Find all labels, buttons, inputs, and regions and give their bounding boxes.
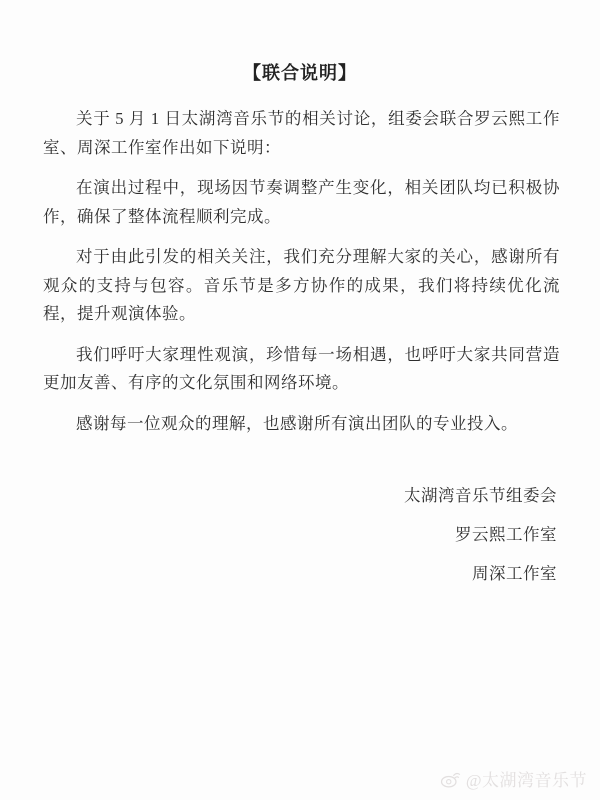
statement-body: 关于 5 月 1 日太湖湾音乐节的相关讨论，组委会联合罗云熙工作室、周深工作室作… <box>43 105 560 438</box>
signature-zhou-studio: 周深工作室 <box>43 554 557 593</box>
weibo-icon <box>440 770 462 788</box>
paragraph-appeal: 我们呼吁大家理性观演，珍惜每一场相遇，也呼吁大家共同营造更加友善、有序的文化氛围… <box>43 341 560 398</box>
paragraph-intro: 关于 5 月 1 日太湖湾音乐节的相关讨论，组委会联合罗云熙工作室、周深工作室作… <box>43 105 560 162</box>
paragraph-thanks: 感谢每一位观众的理解，也感谢所有演出团队的专业投入。 <box>43 410 560 439</box>
signature-block: 太湖湾音乐节组委会 罗云熙工作室 周深工作室 <box>43 476 557 593</box>
signature-luo-studio: 罗云熙工作室 <box>43 515 557 554</box>
watermark-text: @太湖湾音乐节 <box>466 766 587 791</box>
paragraph-performance: 在演出过程中，现场因节奏调整产生变化，相关团队均已积极协作，确保了整体流程顺利完… <box>43 174 560 231</box>
statement-page: 【联合说明】 关于 5 月 1 日太湖湾音乐节的相关讨论，组委会联合罗云熙工作室… <box>0 0 600 800</box>
page-title: 【联合说明】 <box>0 0 600 85</box>
paragraph-concern: 对于由此引发的相关关注，我们充分理解大家的关心，感谢所有观众的支持与包容。音乐节… <box>43 243 560 329</box>
signature-committee: 太湖湾音乐节组委会 <box>43 476 557 515</box>
watermark: @太湖湾音乐节 <box>440 766 587 791</box>
